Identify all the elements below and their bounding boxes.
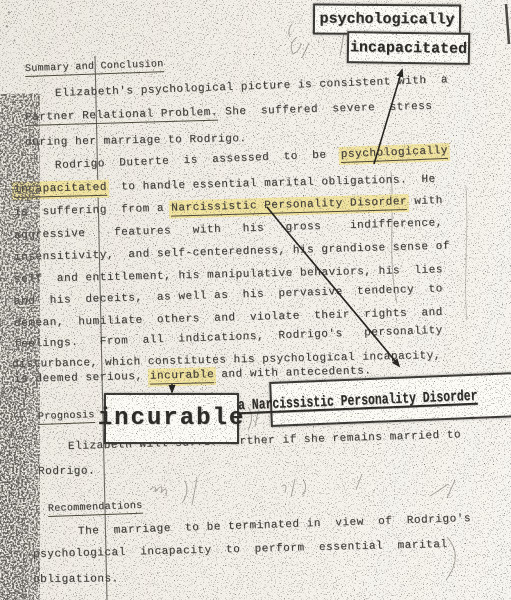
text-segment: obligations. <box>33 573 119 586</box>
emphasized-text: Recommendations <box>48 501 143 517</box>
pen-bracket-mark <box>23 550 31 600</box>
text-segment: She suffered severe stress <box>218 101 433 119</box>
callout-box-incapacitated: incapacitated <box>347 31 470 65</box>
left-edge-speckle-band <box>0 395 24 600</box>
text-segment: aggressive features with his gross indif… <box>14 217 443 242</box>
prognosis-heading: Prognosis <box>38 409 95 424</box>
para2-line6: self and entitlement, his manipulative b… <box>14 264 443 287</box>
text-segment: Rodrigo Duterte is assessed to be <box>55 149 341 172</box>
recommendations-line2: psychological incapacity to perform esse… <box>33 539 448 562</box>
para1-line3: during her marriage to Rodrigo. <box>25 133 247 150</box>
text-segment: during her marriage to Rodrigo. <box>25 133 247 149</box>
scan-edge-mark <box>506 4 509 44</box>
para2-line5: insensitivity, and self-centeredness, hi… <box>14 241 450 265</box>
callout-text-psychologically: psychologically <box>319 11 454 29</box>
emphasized-text: Prognosis <box>38 410 95 425</box>
text-segment: The marriage to be terminated in view of… <box>78 513 471 538</box>
para2-line3: is suffering from a Narcissistic Persona… <box>14 195 443 220</box>
para1-line2: Partner Relational Problem. She suffered… <box>25 101 433 125</box>
text-segment: Elizabeth's psychological picture is con… <box>55 74 448 100</box>
callout-text-incurable: incurable <box>98 405 246 432</box>
emphasized-text: incapacitated <box>14 182 107 198</box>
callout-box-incurable: incurable <box>104 393 239 444</box>
emphasized-text: psychologically <box>341 145 449 163</box>
para2-line2: incapacitated to handle essential marita… <box>14 174 436 197</box>
text-segment: self and entitlement, his manipulative b… <box>14 264 443 286</box>
text-segment: insensitivity, and self-centeredness, hi… <box>14 241 450 264</box>
emphasized-text: Summary and Conclusion <box>25 59 164 77</box>
text-segment: Rodrigo. <box>38 466 95 478</box>
text-segment: to handle essential marital obligations.… <box>107 174 436 194</box>
emphasized-text: Partner Relational Problem. <box>25 107 218 126</box>
text-segment: psychological incapacity to perform esse… <box>33 539 448 561</box>
callout-box-narcissistic-personality-disorder: a Narcissistic Personality Disorder <box>269 372 511 427</box>
prognosis-line2: Rodrigo. <box>38 466 95 479</box>
scanned-document-page: psychologically incapacitated incurable … <box>0 0 511 600</box>
emphasized-text: incurable <box>150 369 215 385</box>
para1-line1: Elizabeth's psychological picture is con… <box>55 74 449 101</box>
summary-heading: Summary and Conclusion <box>25 58 164 76</box>
para2-line4: aggressive features with his gross indif… <box>14 217 443 243</box>
callout-text-incapacitated: incapacitated <box>350 39 467 58</box>
recommendations-line1: The marriage to be terminated in view of… <box>78 513 472 539</box>
para2-line1: Rodrigo Duterte is assessed to be psycho… <box>55 145 449 173</box>
callout-text-npd: a Narcissistic Personality Disorder <box>235 388 478 415</box>
recommendations-line3: obligations. <box>33 573 119 587</box>
text-segment: with <box>407 195 443 208</box>
crease-line <box>391 172 397 303</box>
margin-dots <box>6 12 15 41</box>
emphasized-text: Narcissistic Personality Disorder <box>171 196 407 217</box>
para2-line7: and his deceits, as well as his pervasiv… <box>14 283 443 309</box>
text-segment: is suffering from a <box>14 203 172 219</box>
text-segment: and his deceits, as well as his pervasiv… <box>14 283 443 308</box>
text-segment: is deemed serious, <box>14 371 150 386</box>
crease-line <box>466 186 467 320</box>
recommendations-heading: Recommendations <box>48 500 143 516</box>
